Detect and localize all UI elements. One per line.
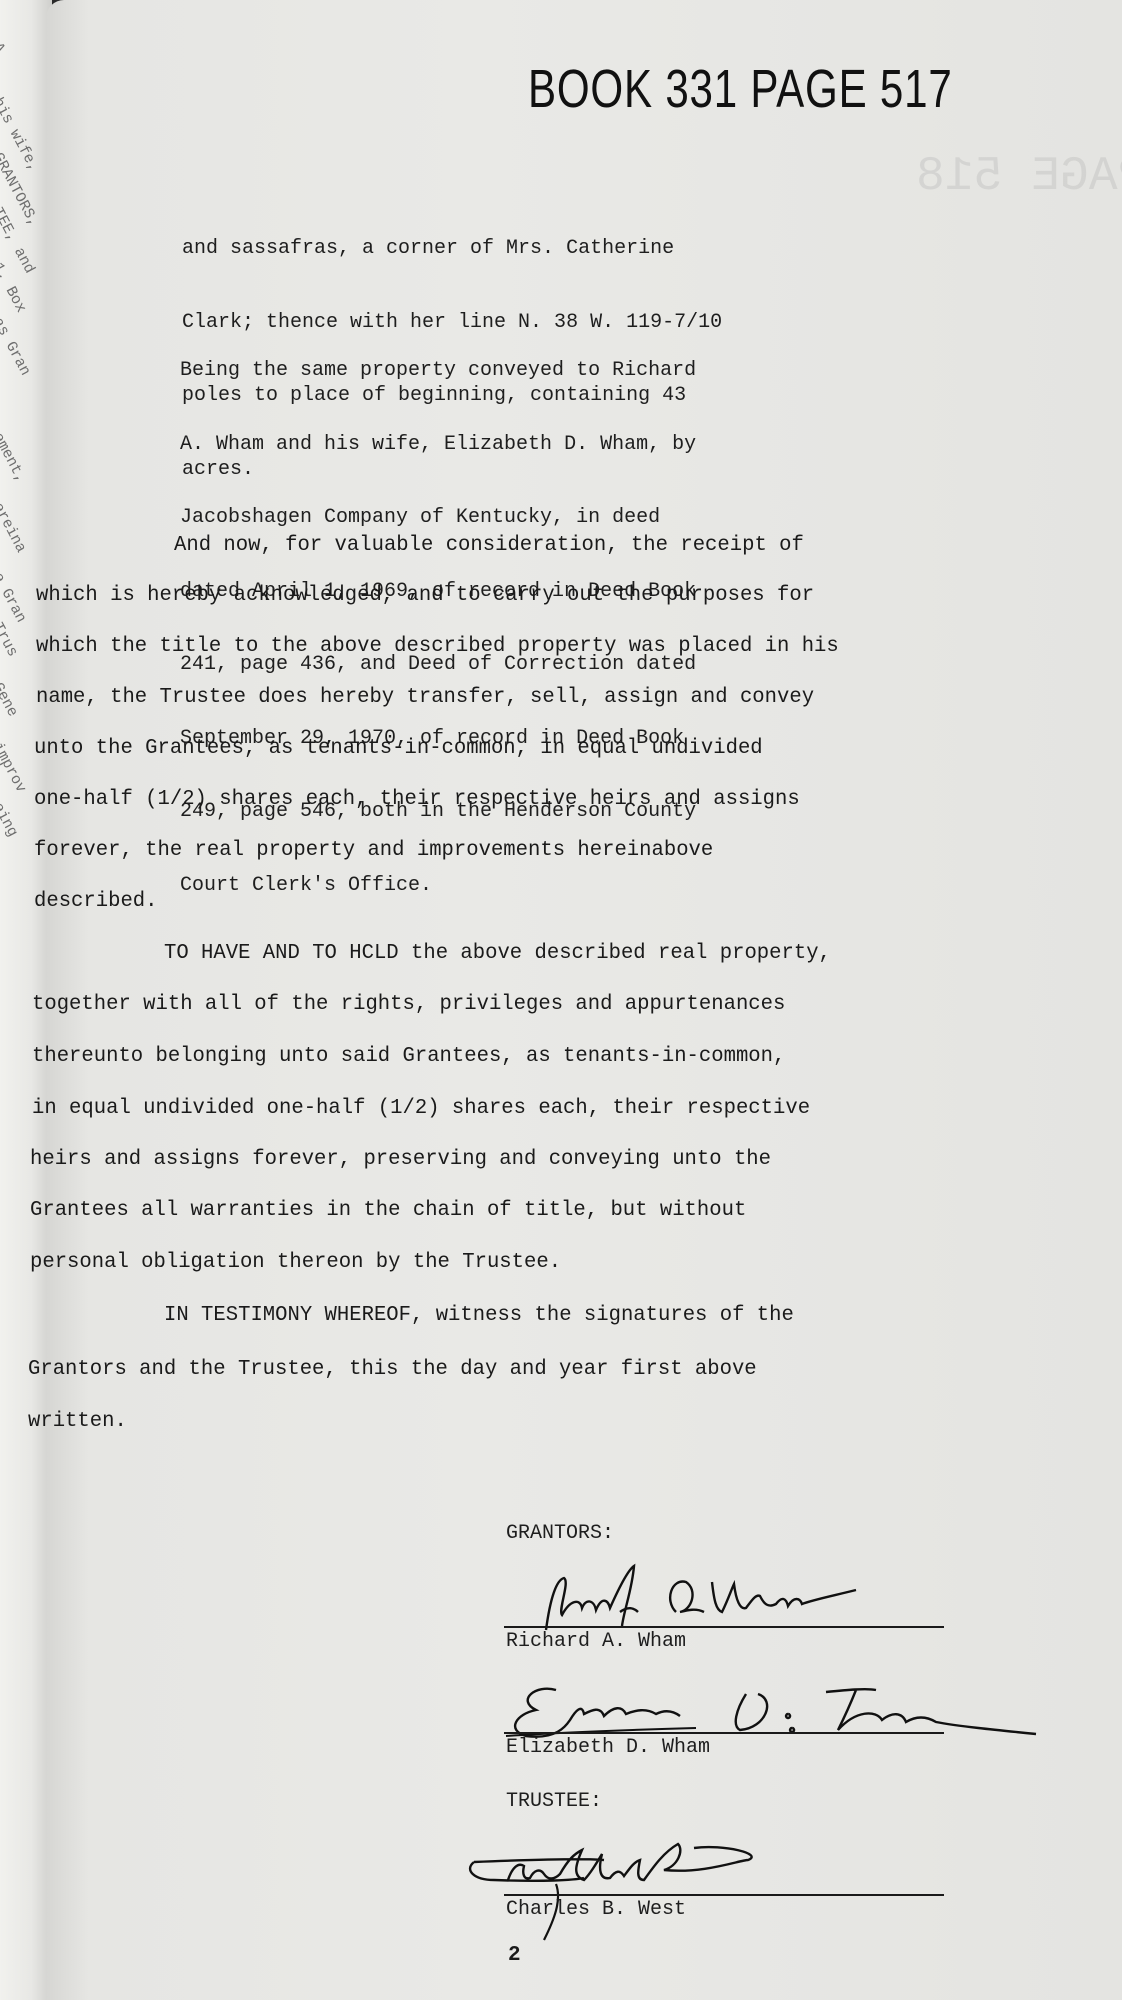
trustee-name: Charles B. West <box>506 1898 686 1921</box>
prev-page-fragment: improv <box>0 740 29 796</box>
text-line: written. <box>28 1410 127 1433</box>
book-page-stamp: BOOK 331 PAGE 517 <box>528 58 953 120</box>
text-line: one-half (1/2) shares each, their respec… <box>34 788 800 811</box>
page-number: 2 <box>508 1944 521 1967</box>
prev-page-fragment: Trus <box>0 620 21 660</box>
text-line: unto the Grantees, as tenants-in-common,… <box>34 737 763 760</box>
signature-line <box>504 1626 944 1628</box>
grantor-2-name: Elizabeth D. Wham <box>506 1736 710 1759</box>
signature-line <box>504 1894 944 1896</box>
prev-page-fragment: Gene <box>0 680 21 720</box>
text-line: which the title to the above described p… <box>36 635 839 658</box>
prev-page-fragment: ement, <box>0 430 29 486</box>
text-line: and sassafras, a corner of Mrs. Catherin… <box>182 237 722 262</box>
text-line: Being the same property conveyed to Rich… <box>180 359 696 384</box>
text-line: Court Clerk's Office. <box>180 874 696 899</box>
text-line: And now, for valuable consideration, the… <box>174 534 804 557</box>
prev-page-fragment: A <box>0 40 8 56</box>
signature-richard-wham <box>536 1560 1006 1635</box>
prev-page-fragment: e Gran <box>0 570 29 626</box>
grantor-1-name: Richard A. Wham <box>506 1630 686 1653</box>
prev-page-fragment: as Gran <box>0 315 34 379</box>
text-line: Grantors and the Trustee, this the day a… <box>28 1358 757 1381</box>
text-line: TO HAVE AND TO HCLD the above described … <box>164 942 831 965</box>
text-line: described. <box>34 890 158 913</box>
grantors-label: GRANTORS: <box>506 1522 614 1545</box>
text-line: A. Wham and his wife, Elizabeth D. Wham,… <box>180 433 696 458</box>
text-line: heirs and assigns forever, preserving an… <box>30 1148 771 1171</box>
text-line: forever, the real property and improveme… <box>34 839 713 862</box>
document-page: BOOK 331PAGE 518 BOOK 331 PAGE 517 and s… <box>46 0 1122 2000</box>
text-line: in equal undivided one-half (1/2) shares… <box>32 1097 810 1120</box>
text-line: name, the Trustee does hereby transfer, … <box>36 686 814 709</box>
text-line: Grantees all warranties in the chain of … <box>30 1199 746 1222</box>
prev-page-fragment: eing <box>0 800 21 840</box>
text-line: which is hereby acknowledged, and to car… <box>36 584 814 607</box>
signature-line <box>504 1732 944 1734</box>
text-line: thereunto belonging unto said Grantees, … <box>32 1045 785 1068</box>
text-line: IN TESTIMONY WHEREOF, witness the signat… <box>164 1304 794 1327</box>
text-line: together with all of the rights, privile… <box>32 993 785 1016</box>
prev-page-fragment: ereina <box>0 500 29 556</box>
text-line: Jacobshagen Company of Kentucky, in deed <box>180 506 696 531</box>
text-line: personal obligation thereon by the Trust… <box>30 1251 561 1274</box>
trustee-label: TRUSTEE: <box>506 1790 602 1813</box>
bleed-through-text: BOOK 331PAGE 518 <box>916 150 1122 204</box>
